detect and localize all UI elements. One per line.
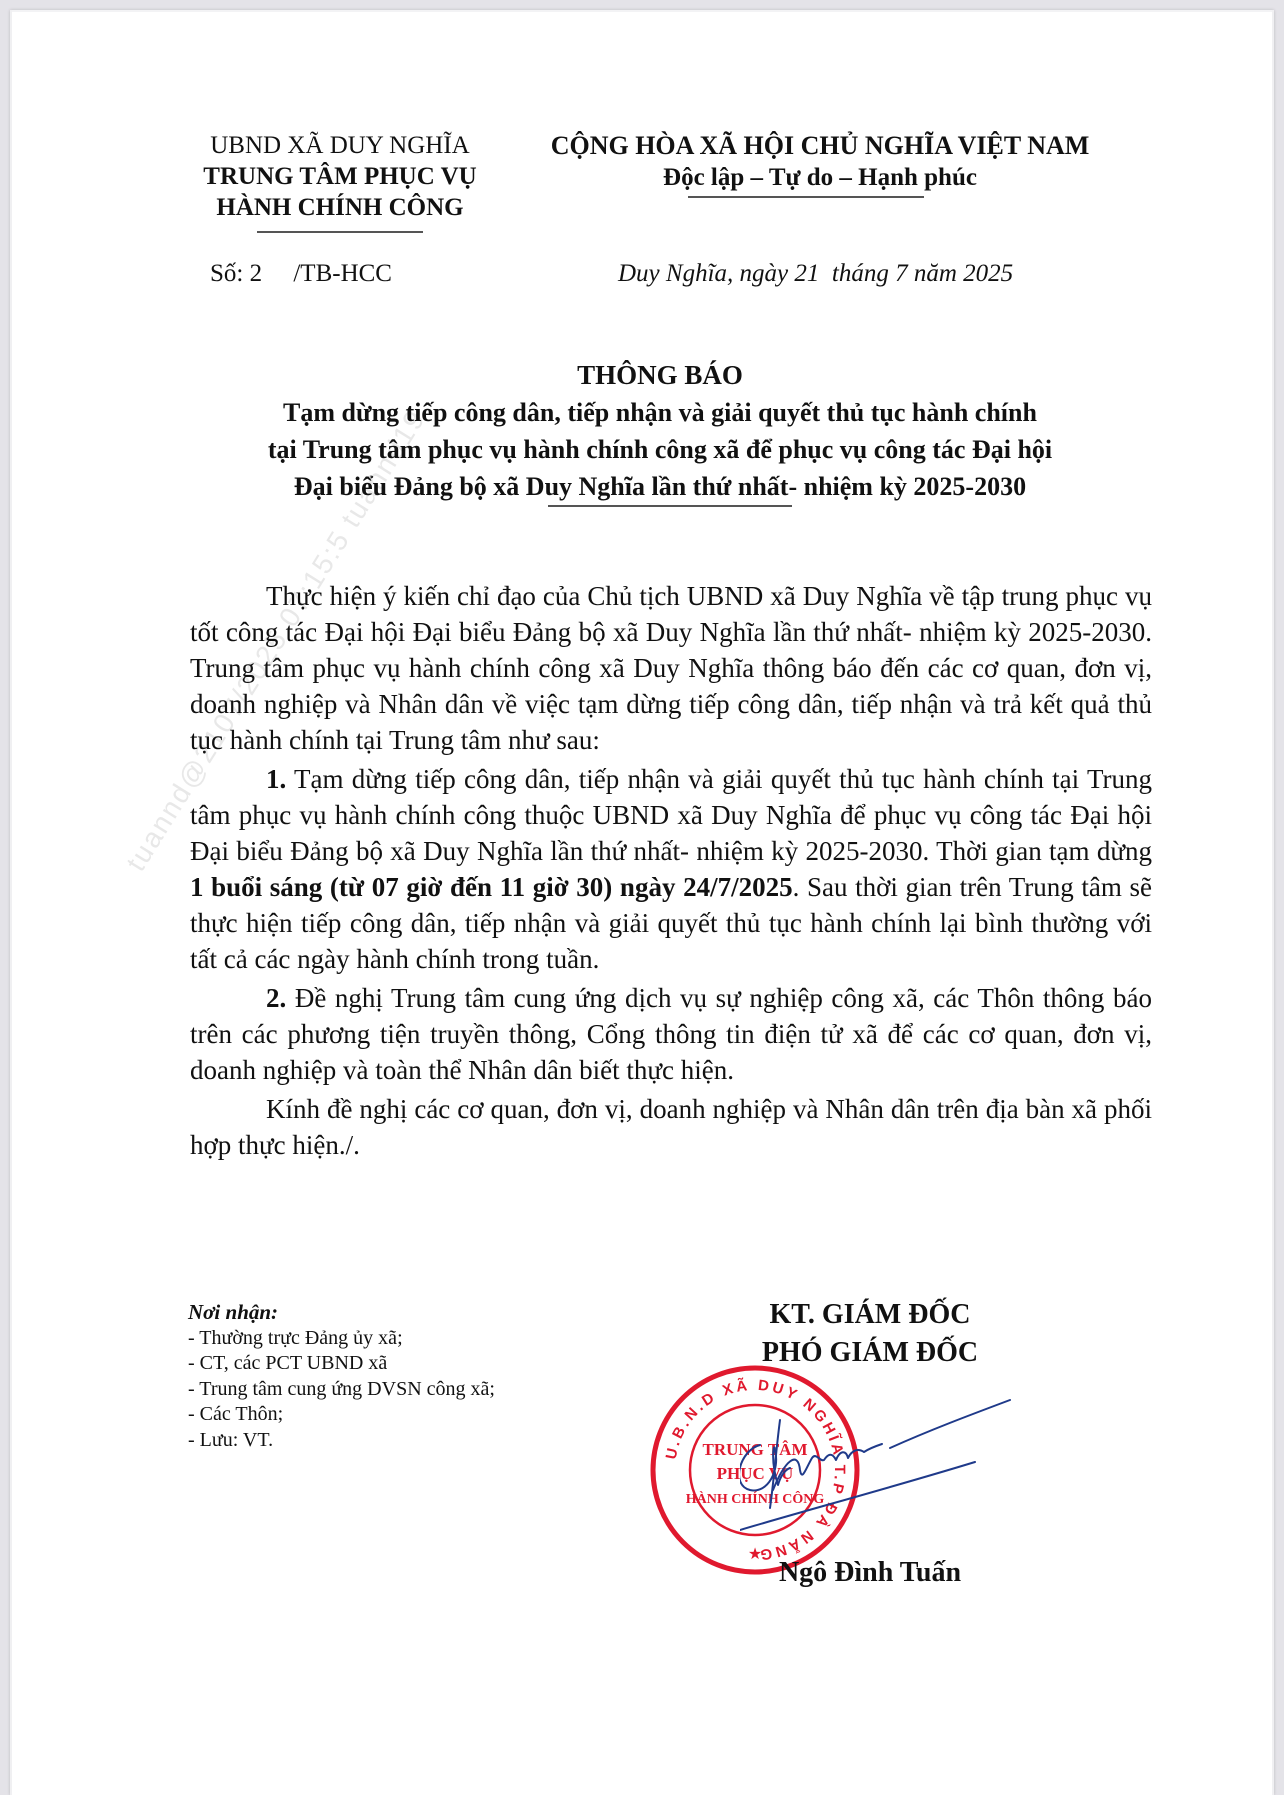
title-underline: [548, 505, 792, 507]
recipient-item: - CT, các PCT UBND xã: [188, 1351, 588, 1377]
national-motto: Độc lập – Tự do – Hạnh phúc: [540, 162, 1100, 194]
agency-underline: [257, 231, 423, 233]
item-2-number: 2.: [266, 983, 286, 1013]
title-sub-line3: Đại biểu Đảng bộ xã Duy Nghĩa lần thứ nh…: [180, 468, 1140, 505]
recipients-block: Nơi nhận: - Thường trực Đảng ủy xã; - CT…: [188, 1300, 588, 1453]
item-1-number: 1.: [266, 764, 286, 794]
recipient-item: - Trung tâm cung ứng DVSN công xã;: [188, 1377, 588, 1403]
item-2-paragraph: 2. Đề nghị Trung tâm cung ứng dịch vụ sự…: [190, 980, 1152, 1088]
recipient-item: - Lưu: VT.: [188, 1428, 588, 1454]
national-title: CỘNG HÒA XÃ HỘI CHỦ NGHĨA VIỆT NAM: [540, 130, 1100, 162]
title-sub-line1: Tạm dừng tiếp công dân, tiếp nhận và giả…: [180, 394, 1140, 431]
recipient-item: - Thường trực Đảng ủy xã;: [188, 1326, 588, 1352]
signatory-title: KT. GIÁM ĐỐC PHÓ GIÁM ĐỐC: [680, 1296, 1060, 1372]
agency-name-line2: HÀNH CHÍNH CÔNG: [170, 192, 510, 223]
issuing-agency: UBND XÃ DUY NGHĨA TRUNG TÂM PHỤC VỤ HÀNH…: [170, 130, 510, 233]
title-main: THÔNG BÁO: [180, 357, 1140, 394]
item-1-text-a: Tạm dừng tiếp công dân, tiếp nhận và giả…: [190, 764, 1152, 866]
agency-parent: UBND XÃ DUY NGHĨA: [170, 130, 510, 161]
notice-body: Thực hiện ý kiến chỉ đạo của Chủ tịch UB…: [190, 578, 1152, 1166]
agency-name-line1: TRUNG TÂM PHỤC VỤ: [170, 161, 510, 192]
recipients-label: Nơi nhận:: [188, 1300, 588, 1326]
document-date: Duy Nghĩa, ngày 21 tháng 7 năm 2025: [618, 259, 1013, 289]
document-number: Số: 2 /TB-HCC: [210, 259, 392, 289]
item-1-schedule: 1 buổi sáng (từ 07 giờ đến 11 giờ 30) ng…: [190, 872, 793, 902]
title-sub-line2: tại Trung tâm phục vụ hành chính công xã…: [180, 431, 1140, 468]
handwritten-signature-icon: [740, 1390, 1030, 1550]
signatory-line1: KT. GIÁM ĐỐC: [680, 1296, 1060, 1334]
motto-underline: [688, 196, 924, 198]
item-1-paragraph: 1. Tạm dừng tiếp công dân, tiếp nhận và …: [190, 761, 1152, 977]
recipient-item: - Các Thôn;: [188, 1402, 588, 1428]
notice-title: THÔNG BÁO Tạm dừng tiếp công dân, tiếp n…: [180, 357, 1140, 505]
intro-paragraph: Thực hiện ý kiến chỉ đạo của Chủ tịch UB…: [190, 578, 1152, 758]
national-header: CỘNG HÒA XÃ HỘI CHỦ NGHĨA VIỆT NAM Độc l…: [540, 130, 1100, 194]
signer-name: Ngô Đình Tuấn: [680, 1556, 1060, 1590]
closing-paragraph: Kính đề nghị các cơ quan, đơn vị, doanh …: [190, 1091, 1152, 1163]
item-2-text: Đề nghị Trung tâm cung ứng dịch vụ sự ng…: [190, 983, 1152, 1085]
